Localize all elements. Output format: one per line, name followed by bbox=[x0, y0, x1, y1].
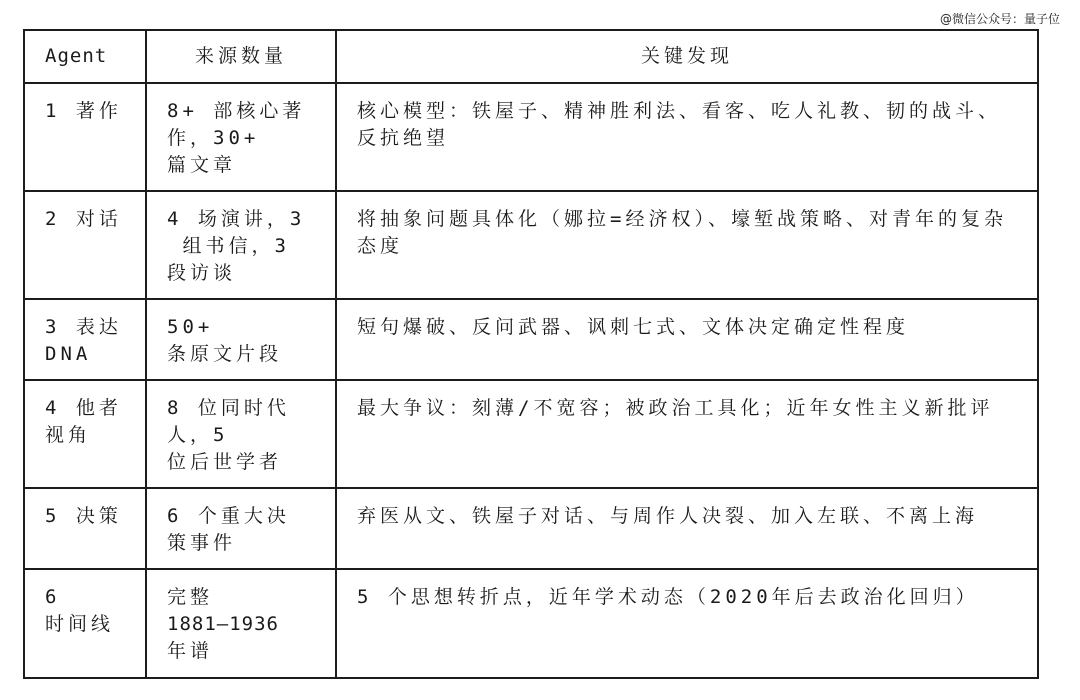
sources-line: 完整 bbox=[167, 584, 315, 611]
sources-line: 篇文章 bbox=[167, 152, 315, 179]
sources-line: 作，30+ bbox=[167, 125, 315, 152]
findings-cell: 最大争议：刻薄/不宽容；被政治工具化；近年女性主义新批评 bbox=[336, 380, 1038, 488]
agent-cell: 2 对话 bbox=[24, 191, 146, 299]
sources-line: 年谱 bbox=[167, 638, 315, 665]
agent-line: 6 bbox=[45, 584, 125, 611]
header-sources: 来源数量 bbox=[146, 30, 336, 83]
agent-cell: 1 著作 bbox=[24, 83, 146, 191]
sources-cell: 50+ 条原文片段 bbox=[146, 299, 336, 380]
sources-cell: 8+ 部核心著 作，30+ 篇文章 bbox=[146, 83, 336, 191]
header-agent: Agent bbox=[24, 30, 146, 83]
agent-cell: 5 决策 bbox=[24, 488, 146, 569]
findings-cell: 短句爆破、反问武器、讽刺七式、文体决定确定性程度 bbox=[336, 299, 1038, 380]
sources-cell: 8 位同时代 人，5 位后世学者 bbox=[146, 380, 336, 488]
table-row: 4 他者 视角 8 位同时代 人，5 位后世学者 最大争议：刻薄/不宽容；被政治… bbox=[24, 380, 1038, 488]
findings-cell: 弃医从文、铁屋子对话、与周作人决裂、加入左联、不离上海 bbox=[336, 488, 1038, 569]
sources-line: 6 个重大决 bbox=[167, 503, 315, 530]
sources-line: 4 场演讲，3 bbox=[167, 206, 315, 233]
sources-line: 人，5 bbox=[167, 422, 315, 449]
sources-line: 条原文片段 bbox=[167, 341, 315, 368]
table-header-row: Agent 来源数量 关键发现 bbox=[24, 30, 1038, 83]
table-row: 5 决策 6 个重大决 策事件 弃医从文、铁屋子对话、与周作人决裂、加入左联、不… bbox=[24, 488, 1038, 569]
agent-line: 时间线 bbox=[45, 611, 125, 638]
table-row: 6 时间线 完整 1881–1936 年谱 5 个思想转折点，近年学术动态（20… bbox=[24, 569, 1038, 678]
sources-cell: 4 场演讲，3 组书信，3 段访谈 bbox=[146, 191, 336, 299]
sources-line: 策事件 bbox=[167, 530, 315, 557]
sources-line: 组书信，3 bbox=[167, 233, 315, 260]
table-row: 2 对话 4 场演讲，3 组书信，3 段访谈 将抽象问题具体化（娜拉=经济权）、… bbox=[24, 191, 1038, 299]
agent-findings-table: Agent 来源数量 关键发现 1 著作 8+ 部核心著 作，30+ 篇文章 核… bbox=[23, 29, 1039, 679]
sources-line: 50+ bbox=[167, 314, 315, 341]
sources-line: 8+ 部核心著 bbox=[167, 98, 315, 125]
agent-cell: 4 他者 视角 bbox=[24, 380, 146, 488]
sources-line: 8 位同时代 bbox=[167, 395, 315, 422]
sources-cell: 6 个重大决 策事件 bbox=[146, 488, 336, 569]
table-row: 1 著作 8+ 部核心著 作，30+ 篇文章 核心模型：铁屋子、精神胜利法、看客… bbox=[24, 83, 1038, 191]
findings-cell: 5 个思想转折点，近年学术动态（2020年后去政治化回归） bbox=[336, 569, 1038, 678]
findings-cell: 将抽象问题具体化（娜拉=经济权）、壕堑战策略、对青年的复杂态度 bbox=[336, 191, 1038, 299]
agent-cell: 3 表达 DNA bbox=[24, 299, 146, 380]
header-findings: 关键发现 bbox=[336, 30, 1038, 83]
sources-line: 段访谈 bbox=[167, 260, 315, 287]
table-row: 3 表达 DNA 50+ 条原文片段 短句爆破、反问武器、讽刺七式、文体决定确定… bbox=[24, 299, 1038, 380]
agent-cell: 6 时间线 bbox=[24, 569, 146, 678]
watermark: @微信公众号：量子位 bbox=[940, 10, 1060, 27]
sources-line: 位后世学者 bbox=[167, 449, 315, 476]
sources-cell: 完整 1881–1936 年谱 bbox=[146, 569, 336, 678]
sources-line: 1881–1936 bbox=[167, 611, 315, 638]
findings-cell: 核心模型：铁屋子、精神胜利法、看客、吃人礼教、韧的战斗、反抗绝望 bbox=[336, 83, 1038, 191]
